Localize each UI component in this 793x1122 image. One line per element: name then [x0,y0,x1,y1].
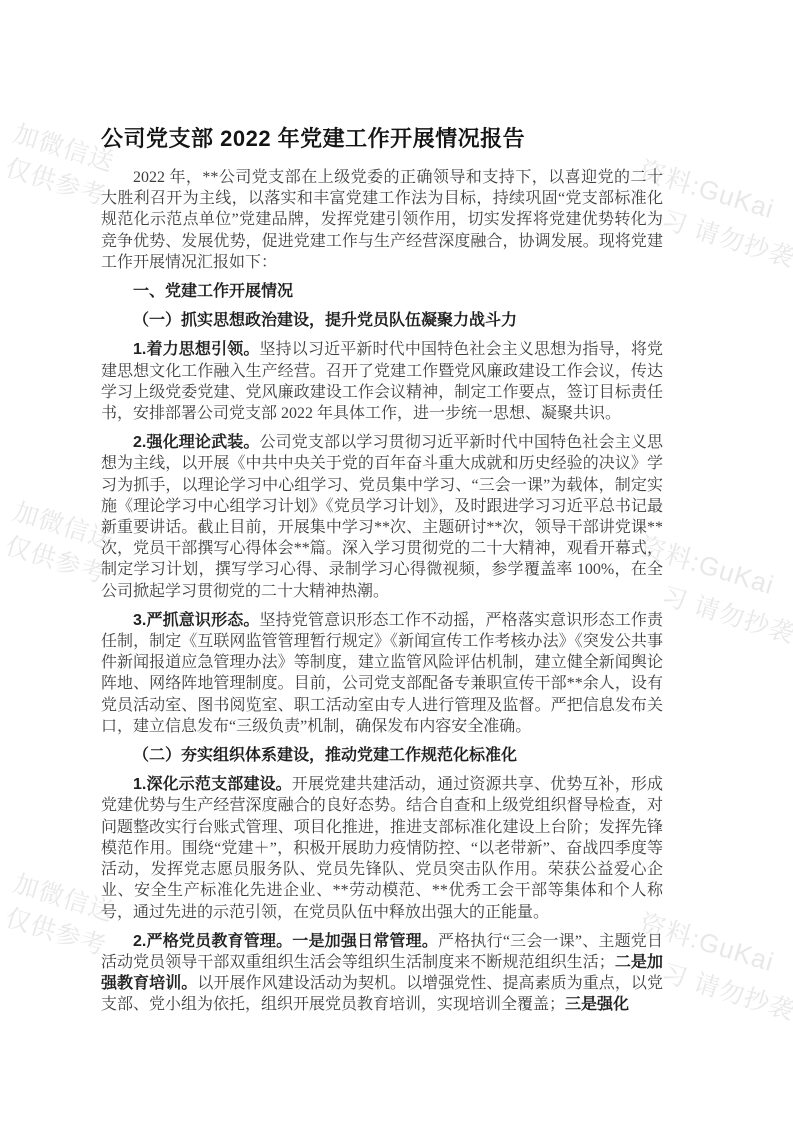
paragraph-lead-bold: 3.严抓意识形态。 [133,612,260,629]
paragraph-lead-bold: 1.深化示范支部建设。 [133,776,292,793]
paragraph-text: 坚持党管意识形态工作不动摇，严格落实意识形态工作责任制，制定《互联网监管管理暂行… [101,612,663,735]
paragraph-theory-arming: 2.强化理论武装。公司党支部以学习贯彻习近平新时代中国特色社会主义思想为主线，以… [101,432,663,602]
paragraph-lead-bold: 2.强化理论武装。 [133,434,260,451]
document-content: 公司党支部 2022 年党建工作开展情况报告 2022 年，**公司党支部在上级… [101,124,663,1024]
document-page: { "document": { "title": "公司党支部 2022 年党建… [0,0,793,1122]
paragraph-member-education: 2.严格党员教育管理。一是加强日常管理。严格执行“三会一课”、主题党日活动党员领… [101,931,663,1016]
paragraph-text: 开展党建共建活动，通过资源共享、优势互补，形成党建优势与生产经营深度融合的良好态… [101,776,663,920]
document-title: 公司党支部 2022 年党建工作开展情况报告 [101,124,663,154]
subsection-1-heading: （一）抓实思想政治建设，提升党员队伍凝聚力战斗力 [101,310,663,331]
paragraph-ideology: 3.严抓意识形态。坚持党管意识形态工作不动摇，严格落实意识形态工作责任制，制定《… [101,610,663,737]
paragraph-model-branch: 1.深化示范支部建设。开展党建共建活动，通过资源共享、优势互补，形成党建优势与生… [101,774,663,922]
bold-run: 2.严格党员教育管理。一是加强日常管理。 [133,933,438,950]
section-1-heading: 一、党建工作开展情况 [101,281,663,302]
intro-paragraph: 2022 年，**公司党支部在上级党委的正确领导和支持下，以喜迎党的二十大胜利召… [101,167,663,273]
subsection-2-heading: （二）夯实组织体系建设，推动党建工作规范化标准化 [101,745,663,766]
bold-run: 三是强化 [565,996,629,1013]
paragraph-thought-guidance: 1.着力思想引领。坚持以习近平新时代中国特色社会主义思想为指导，将党建思想文化工… [101,339,663,424]
paragraph-text: 公司党支部以学习贯彻习近平新时代中国特色社会主义思想为主线，以开展《中共中央关于… [101,434,663,599]
paragraph-lead-bold: 1.着力思想引领。 [133,341,260,358]
